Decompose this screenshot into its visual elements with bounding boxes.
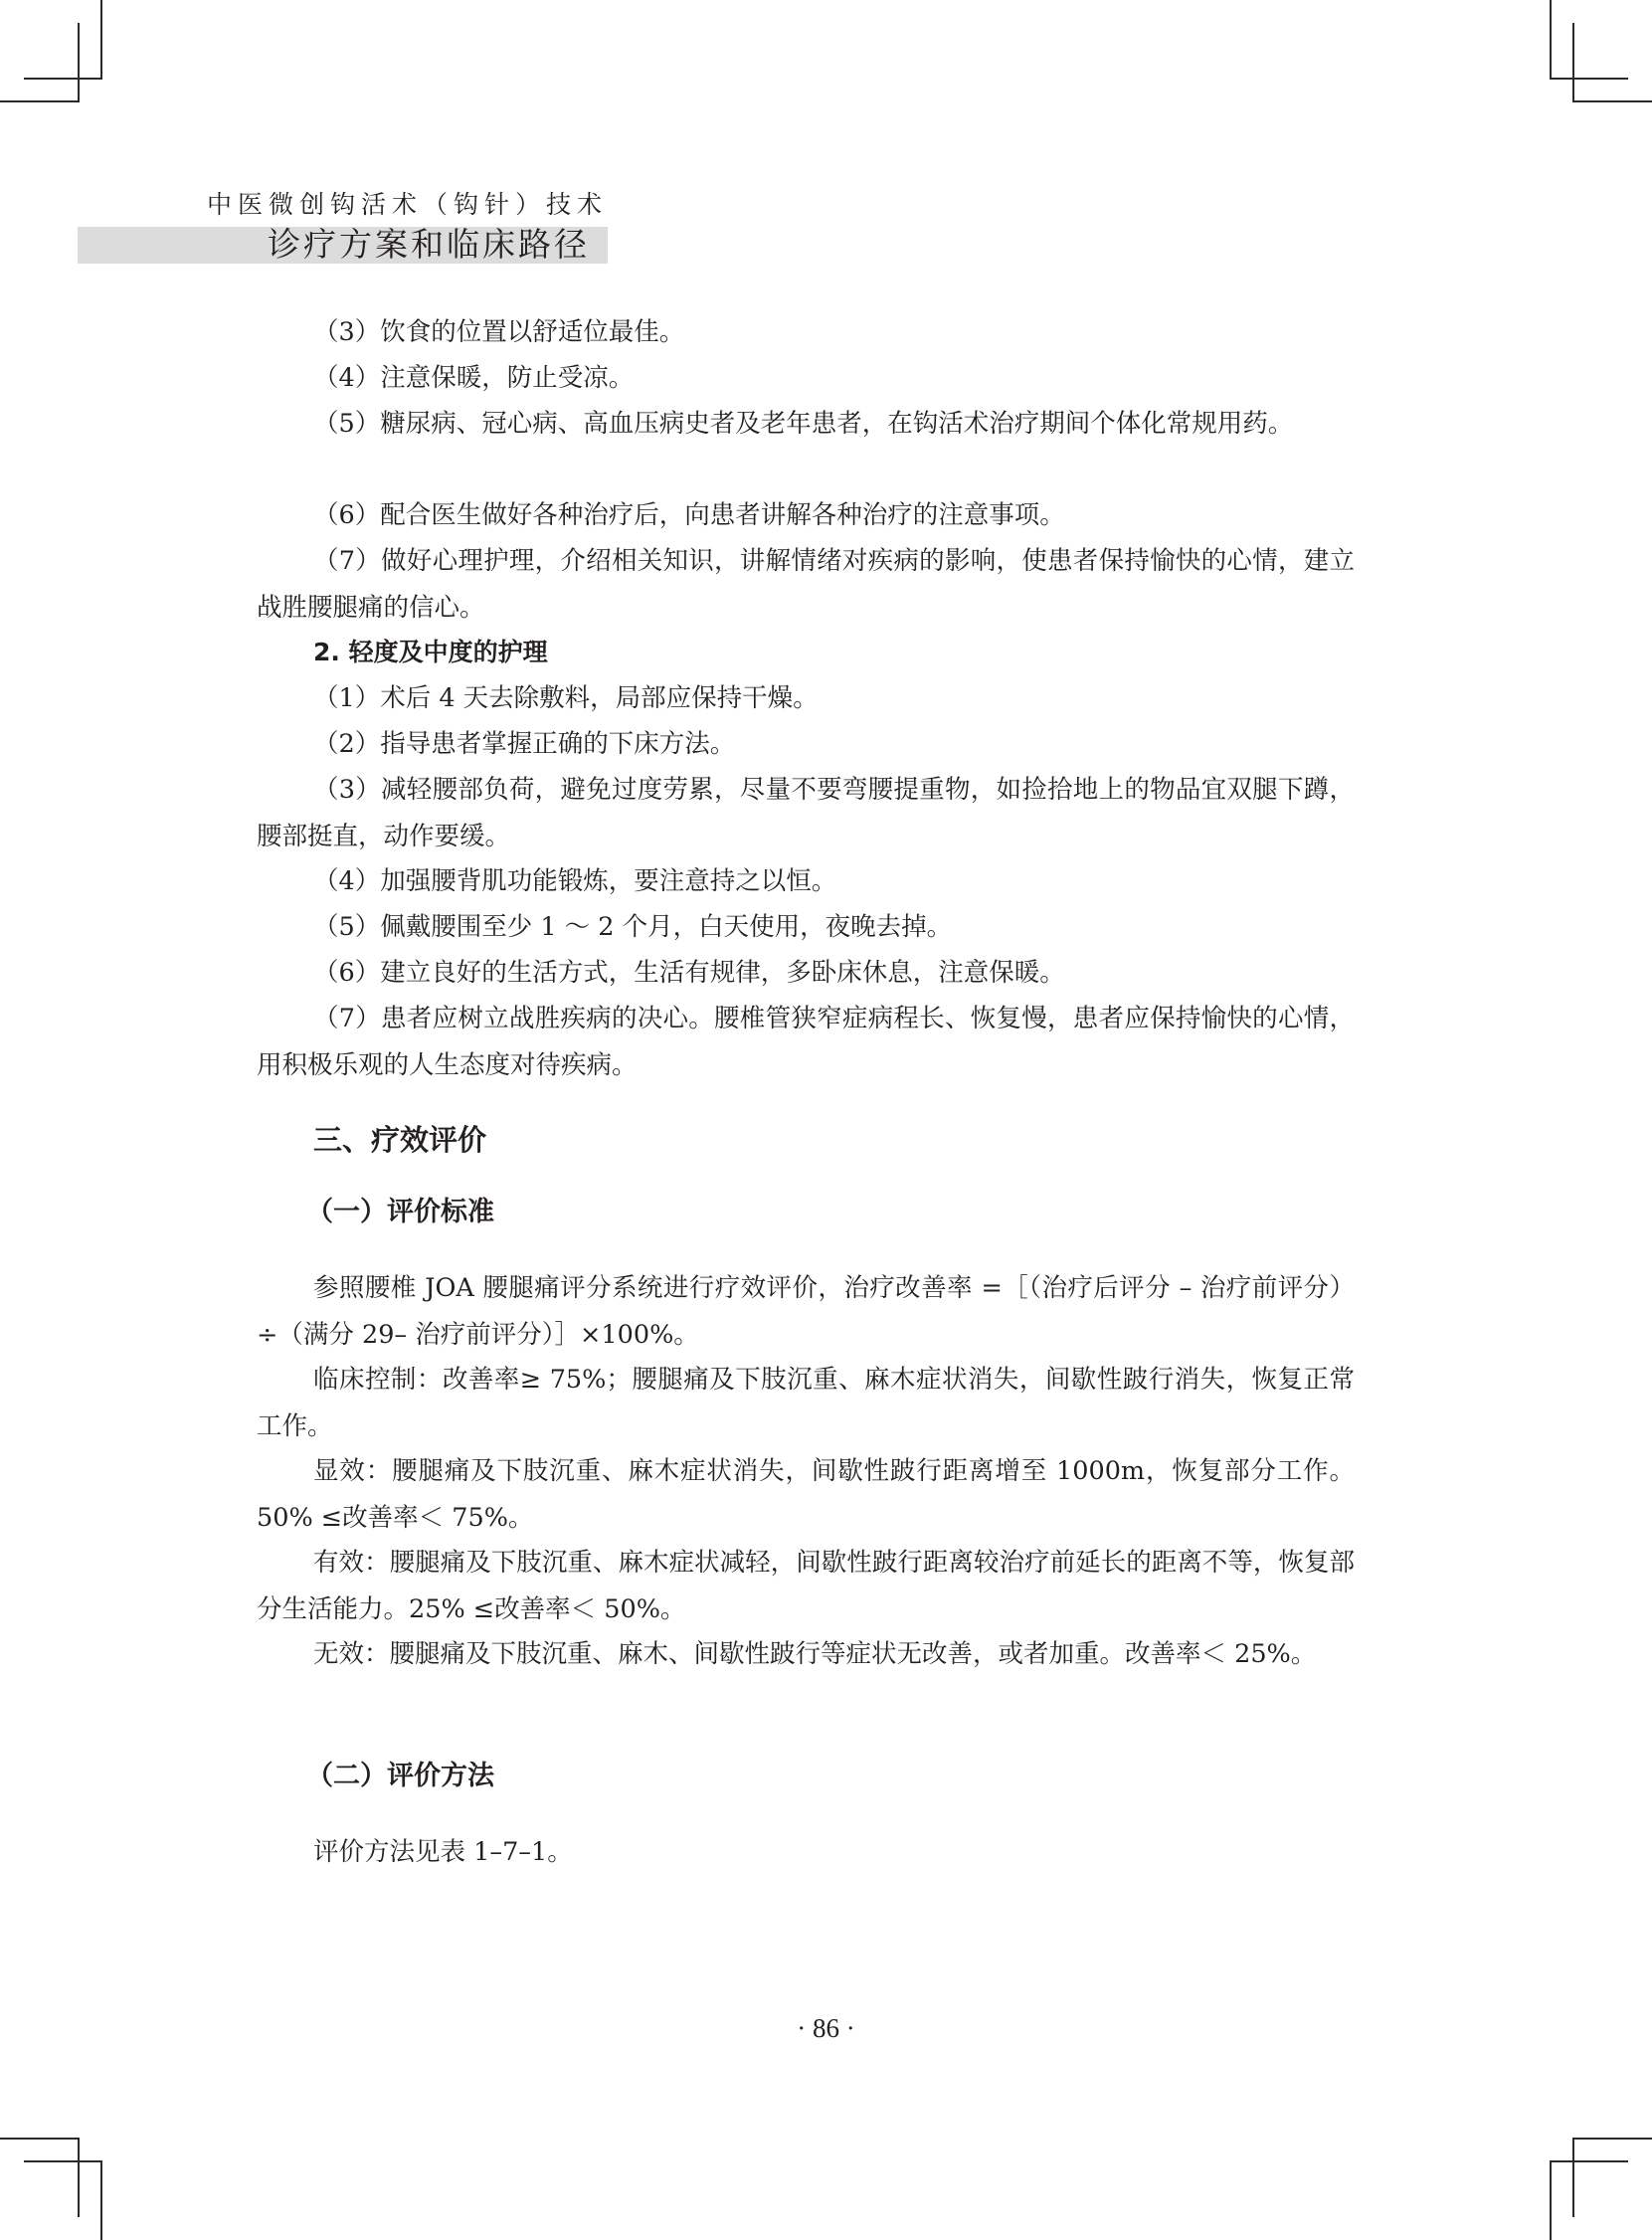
list-item: （4）加强腰背肌功能锻炼，要注意持之以恒。 [257,858,1355,905]
list-item: （6）配合医生做好各种治疗后，向患者讲解各种治疗的注意事项。 [257,492,1355,539]
crop-mark [1550,2160,1552,2240]
paragraph: 临床控制：改善率≥ 75%；腰腿痛及下肢沉重、麻木症状消失，间歇性跛行消失，恢复… [257,1357,1355,1449]
paragraph: 显效：腰腿痛及下肢沉重、麻木症状消失，间歇性跛行距离增至 1000m，恢复部分工… [257,1448,1355,1541]
list-item: （1）术后 4 天去除敷料，局部应保持干燥。 [257,675,1355,722]
crop-mark [100,0,102,79]
crop-mark [1550,0,1552,79]
list-item: （7）做好心理护理，介绍相关知识，讲解情绪对疾病的影响，使患者保持愉快的心情，建… [257,538,1355,631]
subheading: 2. 轻度及中度的护理 [257,630,1355,676]
list-item: （2）指导患者掌握正确的下床方法。 [257,721,1355,768]
crop-mark [1572,23,1574,102]
crop-mark [0,100,80,102]
book-title-bar: 诊疗方案和临床路径 [78,227,608,264]
crop-mark [24,2160,102,2162]
list-item: （3）减轻腰部负荷，避免过度劳累，尽量不要弯腰提重物，如捡拾地上的物品宜双腿下蹲… [257,767,1355,859]
crop-mark [1572,2138,1574,2217]
subsection-heading: （一）评价标准 [257,1190,1355,1236]
list-item: （3）饮食的位置以舒适位最佳。 [257,309,1355,356]
crop-mark [24,78,102,80]
list-item: （6）建立良好的生活方式，生活有规律，多卧床休息，注意保暖。 [257,950,1355,997]
subsection-heading: （二）评价方法 [257,1754,1355,1800]
paragraph: 无效：腰腿痛及下肢沉重、麻木、间歇性跛行等症状无改善，或者加重。改善率＜ 25%… [257,1631,1355,1678]
crop-mark [100,2160,102,2240]
crop-mark [78,23,80,102]
series-title: 中医微创钩活术（钩针）技术 [78,185,608,221]
section-heading: 三、疗效评价 [257,1117,1355,1164]
crop-mark [1550,2160,1628,2162]
crop-mark [1550,78,1628,80]
page-number: · 86 · [0,2013,1652,2044]
book-title: 诊疗方案和临床路径 [268,225,590,265]
paragraph: 参照腰椎 JOA 腰腿痛评分系统进行疗效评价，治疗改善率 =［（治疗后评分 – … [257,1265,1355,1358]
crop-mark [1572,100,1652,102]
list-item: （7）患者应树立战胜疾病的决心。腰椎管狭窄症病程长、恢复慢，患者应保持愉快的心情… [257,996,1355,1088]
paragraph: 评价方法见表 1–7–1。 [257,1829,1355,1876]
crop-mark [1572,2138,1652,2140]
list-item: （5）糖尿病、冠心病、高血压病史者及老年患者，在钩活术治疗期间个体化常规用药。 [257,401,1355,448]
list-item: （5）佩戴腰围至少 1 ～ 2 个月，白天使用，夜晚去掉。 [257,904,1355,951]
crop-mark [78,2138,80,2217]
list-item: （4）注意保暖，防止受凉。 [257,355,1355,402]
paragraph: 有效：腰腿痛及下肢沉重、麻木症状减轻，间歇性跛行距离较治疗前延长的距离不等，恢复… [257,1540,1355,1632]
crop-mark [0,2138,80,2140]
